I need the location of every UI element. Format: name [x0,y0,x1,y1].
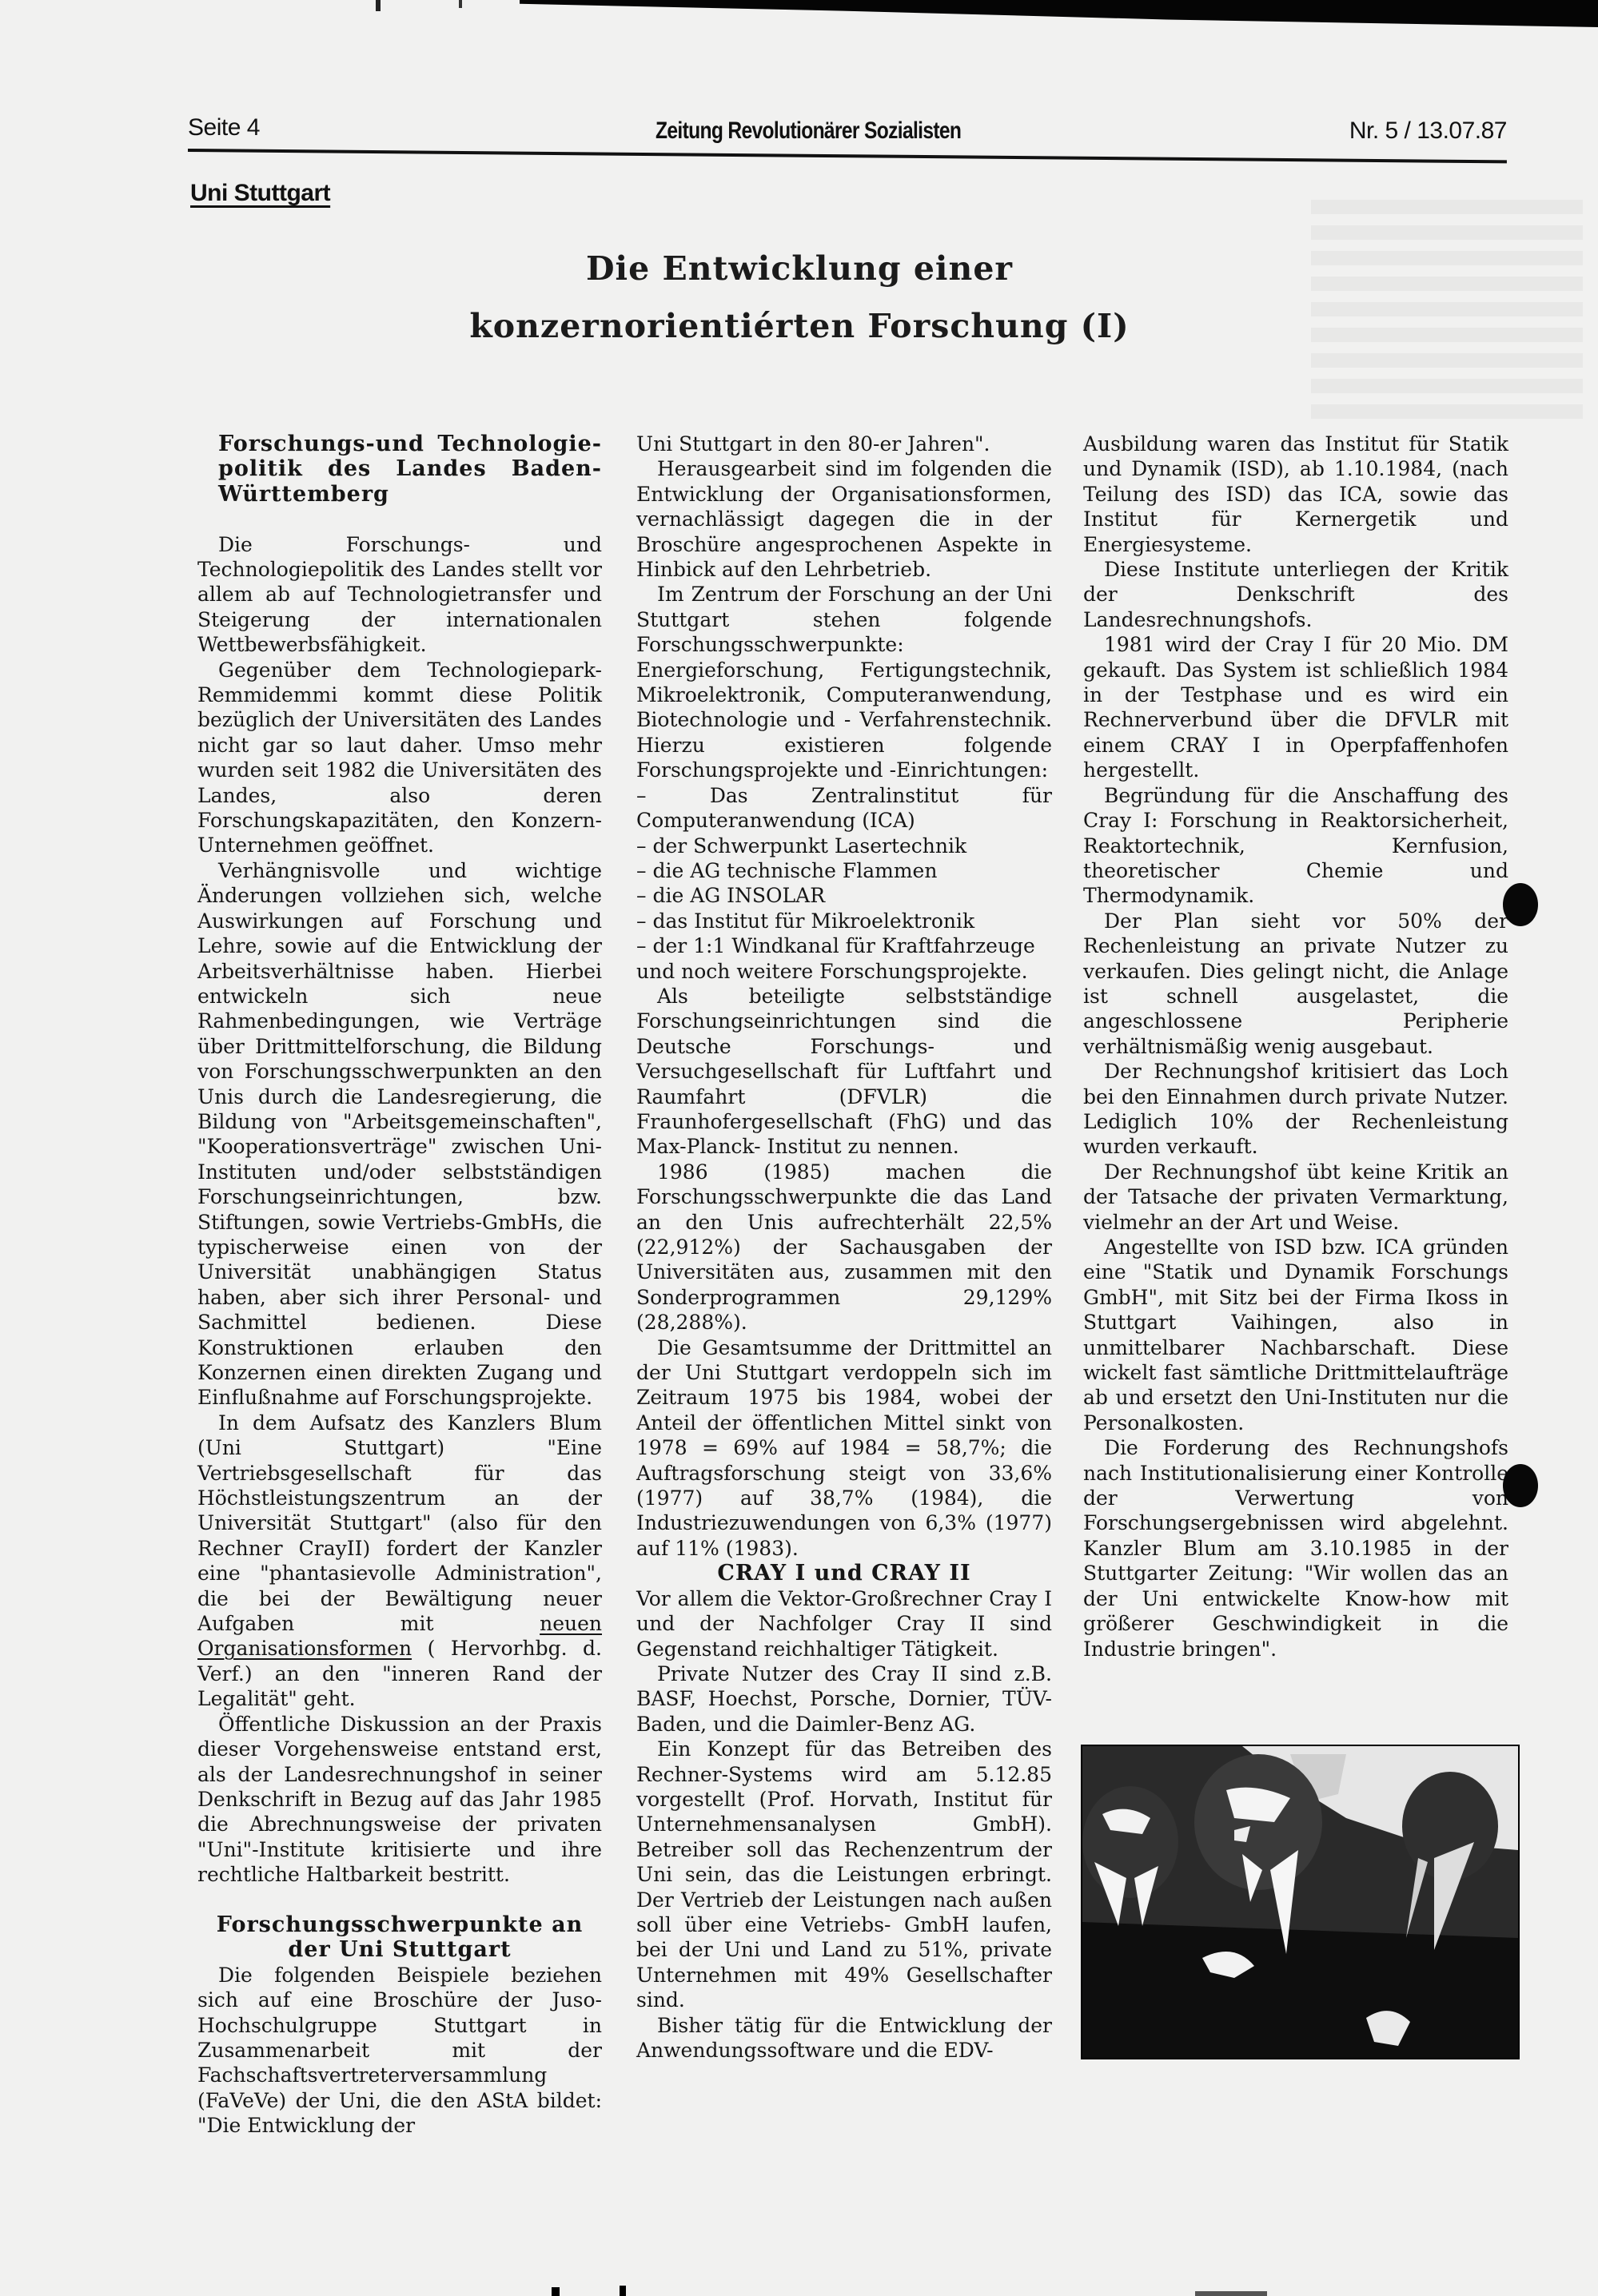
punch-hole [1503,1464,1538,1507]
list-item: – der Schwerpunkt Lasertechnik [636,834,1052,858]
paragraph: Die Forderung des Rechnungshofs nach Ins… [1083,1435,1508,1661]
paragraph: Der Rechnungshof kritisiert das Loch bei… [1083,1059,1508,1160]
scan-artifact [552,2287,560,2296]
page-number: Seite 4 [188,114,260,141]
paragraph: Herausgearbeit sind im folgenden die Ent… [636,456,1052,582]
paragraph: Der Rechnungshof übt keine Kritik an der… [1083,1160,1508,1235]
scan-artifact [459,0,462,8]
subheading-cray: CRAY I und CRAY II [636,1561,1052,1586]
list-item: – Das Zentralinstitut für Computeranwend… [636,783,1052,834]
article-column-1: Forschungs-und Technologie-politik des L… [197,432,602,2139]
subheading-forschungspolitik: Forschungs-und Technologie-politik des L… [197,432,602,507]
paragraph: Der Plan sieht vor 50% der Rechenleistun… [1083,909,1508,1059]
running-head: Seite 4 Zeitung Revolutionärer Sozialist… [188,108,1507,156]
scan-artifact [376,0,381,11]
issue-date: Nr. 5 / 13.07.87 [1349,117,1507,145]
research-institutions-list: – Das Zentralinstitut für Computeranwend… [636,783,1052,959]
paragraph: Vor allem die Vektor-Großrechner Cray I … [636,1586,1052,1661]
list-item: – das Institut für Mikroelektronik [636,909,1052,933]
photo-three-men-icon [1082,1746,1518,2058]
title-line-2: konzernorientiérten Forschung (I) [469,307,1129,345]
scan-artifact [620,2286,626,2296]
list-item: – die AG technische Flammen [636,858,1052,883]
paragraph: und noch weitere Forschungsprojekte. [636,959,1052,984]
bleed-through-ghost-text [1311,200,1583,424]
paragraph: Ein Konzept für das Betreiben des Rechne… [636,1737,1052,2012]
scan-border-top [520,0,1598,27]
news-photo [1081,1745,1520,2059]
paragraph: Die Forschungs- und Technologiepolitik d… [197,532,602,658]
paragraph: Angestellte von ISD bzw. ICA gründen ein… [1083,1235,1508,1435]
paragraph: Die Gesamtsumme der Drittmittel an der U… [636,1335,1052,1562]
paragraph: Diese Institute unterliegen der Kritik d… [1083,557,1508,632]
list-item: – die AG INSOLAR [636,883,1052,908]
paragraph: Verhängnisvolle und wichtige Änderungen … [197,858,602,1411]
paragraph: 1986 (1985) machen die Forschungsschwerp… [636,1160,1052,1335]
paragraph: Die folgenden Beispiele beziehen sich au… [197,1963,602,2139]
subheading-forschungsschwerpunkte: Forschungsschwerpunkte an der Uni Stuttg… [197,1912,602,1963]
paragraph: Private Nutzer des Cray II sind z.B. BAS… [636,1661,1052,1737]
scan-artifact [1195,2291,1267,2296]
paragraph: Gegenüber dem Technologiepark-Remmidemmi… [197,658,602,858]
paragraph: Bisher tätig für die Entwicklung der Anw… [636,2013,1052,2063]
paragraph: Ausbildung waren das Institut für Statik… [1083,432,1508,557]
paragraph: In dem Aufsatz des Kanzlers Blum (Uni St… [197,1411,602,1712]
paragraph: Im Zentrum der Forschung an der Uni Stut… [636,582,1052,782]
paragraph: 1981 wird der Cray I für 20 Mio. DM geka… [1083,632,1508,782]
publication-name: Zeitung Revolutionärer Sozialisten [656,117,961,145]
paragraph: Begründung für die Anschaffung des Cray … [1083,783,1508,909]
paragraph: Öffentliche Diskussion an der Praxis die… [197,1712,602,1888]
title-line-1: Die Entwicklung einer [586,249,1013,288]
paragraph: Als beteiligte selbstständige Forschungs… [636,984,1052,1160]
section-label: Uni Stuttgart [190,180,330,207]
article-title: Die Entwicklung einer konzernorientiérte… [400,240,1199,355]
article-column-2: Uni Stuttgart in den 80-er Jahren". Hera… [636,432,1052,2063]
article-column-3: Ausbildung waren das Institut für Statik… [1083,432,1508,1661]
punch-hole [1503,883,1538,926]
paragraph: Uni Stuttgart in den 80-er Jahren". [636,432,1052,456]
list-item: – der 1:1 Windkanal für Kraftfahrzeuge [636,933,1052,958]
